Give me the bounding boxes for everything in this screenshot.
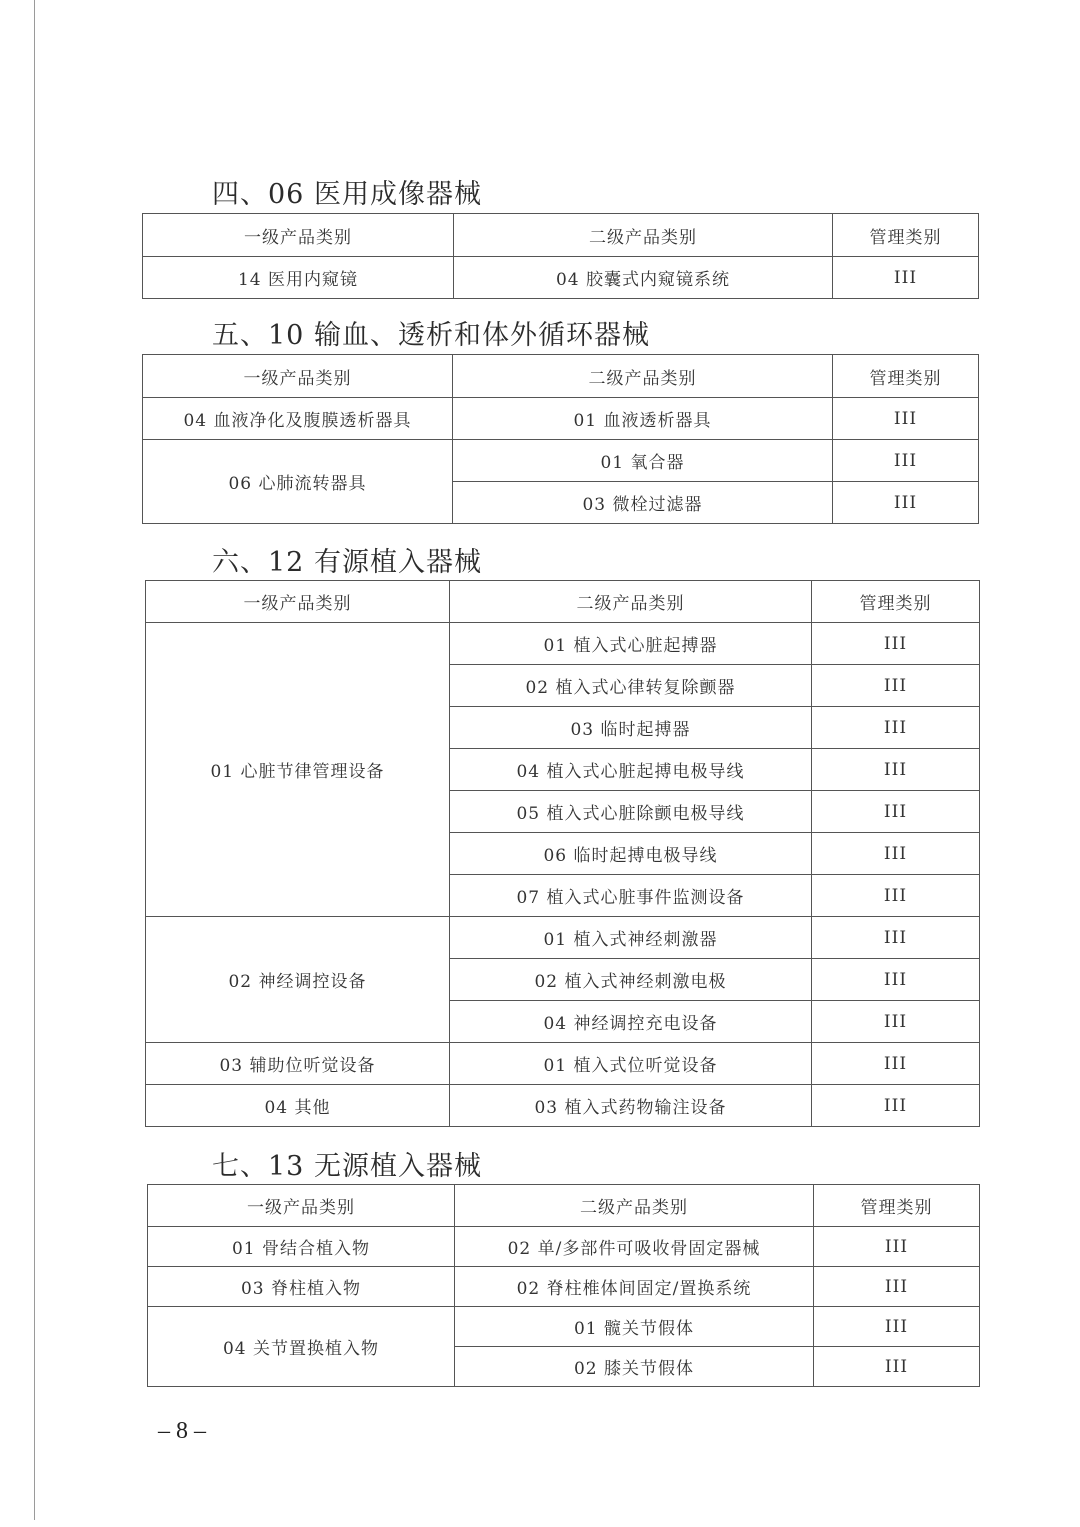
- page-number: – 8 –: [158, 1418, 206, 1445]
- section-title-active-implant: 六、12 有源植入器械: [212, 540, 482, 579]
- class-cell: III: [812, 791, 980, 833]
- level1-cell: 01 心脏节律管理设备: [146, 623, 450, 917]
- level2-cell: 04 植入式心脏起搏电极导线: [450, 749, 812, 791]
- level2-cell: 02 脊柱椎体间固定/置换系统: [455, 1267, 814, 1307]
- level2-cell: 05 植入式心脏除颤电极导线: [450, 791, 812, 833]
- class-cell: III: [812, 1001, 980, 1043]
- class-cell: III: [833, 482, 979, 524]
- level2-cell: 01 植入式神经刺激器: [450, 917, 812, 959]
- table-row: 14 医用内窥镜 04 胶囊式内窥镜系统 III: [143, 257, 979, 299]
- table-row: 01 骨结合植入物 02 单/多部件可吸收骨固定器械 III: [148, 1227, 980, 1267]
- table-passive-implant: 一级产品类别 二级产品类别 管理类别 01 骨结合植入物 02 单/多部件可吸收…: [147, 1184, 980, 1387]
- table-row: 03 脊柱植入物 02 脊柱椎体间固定/置换系统 III: [148, 1267, 980, 1307]
- section-title-transfusion: 五、10 输血、透析和体外循环器械: [212, 313, 650, 352]
- table-header-row: 一级产品类别 二级产品类别 管理类别: [143, 214, 979, 257]
- level2-cell: 02 膝关节假体: [455, 1347, 814, 1387]
- level2-cell: 01 血液透析器具: [453, 398, 833, 440]
- class-cell: III: [812, 749, 980, 791]
- class-cell: III: [814, 1307, 980, 1347]
- table-row: 04 其他 03 植入式药物输注设备 III: [146, 1085, 980, 1127]
- level2-cell: 01 植入式位听觉设备: [450, 1043, 812, 1085]
- table-transfusion: 一级产品类别 二级产品类别 管理类别 04 血液净化及腹膜透析器具 01 血液透…: [142, 354, 979, 524]
- table-row: 06 心肺流转器具 01 氧合器 III: [143, 440, 979, 482]
- level1-cell: 06 心肺流转器具: [143, 440, 453, 524]
- level2-cell: 04 胶囊式内窥镜系统: [454, 257, 833, 299]
- class-cell: III: [812, 833, 980, 875]
- level1-cell: 03 脊柱植入物: [148, 1267, 455, 1307]
- level2-cell: 04 神经调控充电设备: [450, 1001, 812, 1043]
- level1-cell: 04 血液净化及腹膜透析器具: [143, 398, 453, 440]
- section-title-passive-implant: 七、13 无源植入器械: [212, 1144, 482, 1183]
- table-imaging: 一级产品类别 二级产品类别 管理类别 14 医用内窥镜 04 胶囊式内窥镜系统 …: [142, 213, 979, 299]
- class-cell: III: [812, 1085, 980, 1127]
- table-row: 04 血液净化及腹膜透析器具 01 血液透析器具 III: [143, 398, 979, 440]
- level1-cell: 14 医用内窥镜: [143, 257, 454, 299]
- header-level2: 二级产品类别: [454, 214, 833, 257]
- level2-cell: 02 单/多部件可吸收骨固定器械: [455, 1227, 814, 1267]
- level1-cell: 04 关节置换植入物: [148, 1307, 455, 1387]
- level2-cell: 03 植入式药物输注设备: [450, 1085, 812, 1127]
- class-cell: III: [812, 707, 980, 749]
- header-mgmt: 管理类别: [812, 581, 980, 623]
- binding-margin-line: [34, 0, 35, 1520]
- section-title-imaging: 四、06 医用成像器械: [212, 172, 482, 211]
- level1-cell: 04 其他: [146, 1085, 450, 1127]
- header-level1: 一级产品类别: [143, 214, 454, 257]
- level2-cell: 06 临时起搏电极导线: [450, 833, 812, 875]
- level2-cell: 03 临时起搏器: [450, 707, 812, 749]
- class-cell: III: [814, 1227, 980, 1267]
- class-cell: III: [814, 1267, 980, 1307]
- level1-cell: 03 辅助位听觉设备: [146, 1043, 450, 1085]
- header-mgmt: 管理类别: [833, 355, 979, 398]
- table-header-row: 一级产品类别 二级产品类别 管理类别: [146, 581, 980, 623]
- table-row: 04 关节置换植入物 01 髋关节假体 III: [148, 1307, 980, 1347]
- level2-cell: 07 植入式心脏事件监测设备: [450, 875, 812, 917]
- header-level1: 一级产品类别: [148, 1185, 455, 1227]
- header-level1: 一级产品类别: [143, 355, 453, 398]
- header-mgmt: 管理类别: [833, 214, 979, 257]
- table-row: 02 神经调控设备 01 植入式神经刺激器 III: [146, 917, 980, 959]
- level2-cell: 02 植入式心律转复除颤器: [450, 665, 812, 707]
- level2-cell: 01 氧合器: [453, 440, 833, 482]
- class-cell: III: [812, 959, 980, 1001]
- class-cell: III: [833, 257, 979, 299]
- level2-cell: 03 微栓过滤器: [453, 482, 833, 524]
- class-cell: III: [833, 398, 979, 440]
- level2-cell: 01 植入式心脏起搏器: [450, 623, 812, 665]
- class-cell: III: [812, 623, 980, 665]
- level1-cell: 01 骨结合植入物: [148, 1227, 455, 1267]
- class-cell: III: [812, 1043, 980, 1085]
- header-level2: 二级产品类别: [450, 581, 812, 623]
- level2-cell: 02 植入式神经刺激电极: [450, 959, 812, 1001]
- class-cell: III: [833, 440, 979, 482]
- level2-cell: 01 髋关节假体: [455, 1307, 814, 1347]
- header-level2: 二级产品类别: [455, 1185, 814, 1227]
- table-header-row: 一级产品类别 二级产品类别 管理类别: [148, 1185, 980, 1227]
- level1-cell: 02 神经调控设备: [146, 917, 450, 1043]
- header-level1: 一级产品类别: [146, 581, 450, 623]
- class-cell: III: [812, 665, 980, 707]
- class-cell: III: [814, 1347, 980, 1387]
- table-active-implant: 一级产品类别 二级产品类别 管理类别 01 心脏节律管理设备 01 植入式心脏起…: [145, 580, 980, 1127]
- header-mgmt: 管理类别: [814, 1185, 980, 1227]
- table-row: 01 心脏节律管理设备 01 植入式心脏起搏器 III: [146, 623, 980, 665]
- class-cell: III: [812, 875, 980, 917]
- table-row: 03 辅助位听觉设备 01 植入式位听觉设备 III: [146, 1043, 980, 1085]
- table-header-row: 一级产品类别 二级产品类别 管理类别: [143, 355, 979, 398]
- header-level2: 二级产品类别: [453, 355, 833, 398]
- class-cell: III: [812, 917, 980, 959]
